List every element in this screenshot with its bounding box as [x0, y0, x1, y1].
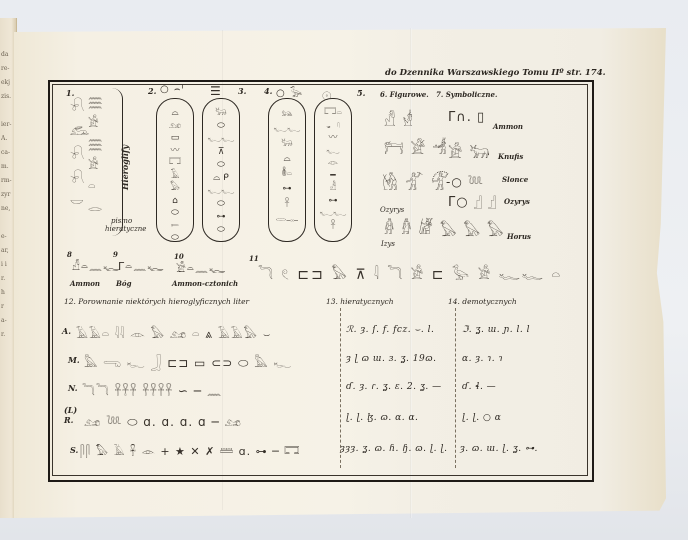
item-10-glyphs: 𓀀𓏏𓈖𓆑 [176, 257, 227, 276]
cartouche-3: 𓃒 ⬭ 𓆑𓆑 ⊼ ⬭ ⌓ ᑭ 𓆑𓆑 ⬭ ⊶ ⬭ [202, 98, 240, 242]
row-m-demotic: ɑ. ȝ. ɿ. ɿ [462, 354, 503, 364]
section-6-label: 6. Figurowe. [380, 90, 429, 99]
cartouche-4: 𓃬 𓆑𓆑 𓃒 ⌓ 𓎬𓏏 ⊶ 𓋹 𓂋𓊃 [268, 98, 306, 242]
cartouche-2-number: 2. [148, 86, 156, 96]
cartouche-3-crown: ☰ [210, 84, 222, 98]
row-r-demotic: ɭ. ɭ. ○ ɑ [462, 413, 501, 423]
row-m-hieroglyphic: 𓅓 𓂸 𓆑 𓃀 ⊏⊐ ▭ ⊂⊃ ⬭ 𓅓 𓆑 [84, 351, 292, 371]
figure-row-5-symbol: 𓅃 𓅃 𓅃 [440, 216, 505, 241]
row-a-hieroglyphic: 𓄿𓄿𓏏 𓇋𓇋 𓁹 𓅃 𓃭 𓏏 ⩓ 𓄿𓄿𓅃 ⌣ [76, 322, 272, 342]
row-m-hieratic: ȝ ɭ ɷ ɯ. ɜ. ʓ. 19ɷ. [346, 354, 436, 364]
cartouche-2: ⌓ 𓃭 ▭ 〰 𓉐 𓄿 𓅃 ⌂ ⬭ 𓍿 ⬭ [156, 98, 194, 242]
row-a-hieratic: ℛ. ȝ. ſ. f. fcz. ⌣. l. [346, 325, 434, 335]
section-6-number: 6. [380, 90, 387, 99]
figure-row-1-symbol: Γ∩. ▯ [448, 110, 485, 125]
figure-row-4-meaning: Ozyrys [504, 197, 530, 206]
figurowe-label: Figurowe. [390, 90, 429, 99]
section-7-number: 7. [436, 90, 443, 99]
cartouche-4-number: 4. [264, 86, 272, 96]
figure-row-5-sublabel: Izys [381, 240, 395, 248]
row-l-r-letter: (L) R. [64, 405, 78, 425]
figure-row-5-glyphs: 𓁆 𓁇 𓁈 [384, 214, 434, 240]
section-14-title: 14. demotycznych [448, 297, 517, 306]
symboliczne-label: Symboliczne. [446, 90, 498, 99]
figure-row-3-symbol: -○ 𓆙 [446, 170, 484, 190]
item-11-glyphs: 𓆓 𓏲 ⊏⊐ 𓅃 ⊼ 𓇋 𓆓 𓀀 ⊏ 𓅭 𓀀 𓆑𓆑 𓏏 [258, 260, 562, 284]
cartouche-3-glyphs: 𓃒 ⬭ 𓆑𓆑 ⊼ ⬭ ⌓ ᑭ 𓆑𓆑 ⬭ ⊶ ⬭ [203, 107, 239, 237]
section-7-label: 7. Symboliczne. [436, 90, 497, 99]
row-n-letter: N. [68, 383, 78, 393]
row-m-letter: M. [68, 355, 80, 365]
figure-row-1-meaning: Ammon [493, 122, 523, 131]
cartouche-5-glyphs: 𓉐𓏏 𓂝 〰 𓆑 𓁹 ━ 𓁚 ⊶ 𓆑𓆑 𓋹 [315, 107, 351, 232]
figure-row-3-glyphs: 𓁃 𓁄 𓁅 [382, 166, 450, 196]
section-1-glyph-column-b: 𓈗 𓀀 𓈗 𓀀 𓏏 𓂋 [88, 92, 103, 218]
row-s-letter: S. [70, 445, 78, 455]
bog-label: Bóg [116, 279, 131, 288]
plate-header-caption: do Dzennika Warszawskiego Tomu IIº str. … [385, 68, 606, 78]
row-r-hieratic: ɭ. ɭ. ɮ. ɷ. ɑ. ɑ. [346, 413, 418, 423]
figure-row-3-meaning: Slonce [502, 175, 528, 184]
row-r-hieroglyphic: 𓃭 𓆙 ⬭ ɑ. ɑ. ɑ. ɑ ─ 𓃭 [84, 410, 242, 430]
row-s-demotic: ȝ. ɷ. ɯ. ɭ. ʓ. ⊶. [460, 444, 538, 454]
ammon-label: Ammon [70, 279, 100, 288]
figure-row-2-glyphs: 𓁀 𓁁 𓁂 [384, 134, 448, 160]
row-a-demotic: ℑ. ʓ. ɯ. ɲ. l. l [462, 325, 530, 335]
column-divider-14 [455, 308, 456, 468]
cartouche-2-crown: ○ ⌢ᑊ [160, 84, 184, 95]
figure-row-1-glyphs: 𓀭 𓁧 [384, 106, 414, 132]
row-a-letter: A. [62, 326, 71, 336]
figure-row-2-symbol: 𓀀 𓃒 [448, 138, 491, 164]
section-12-title: 12. Porownanie niektórych hieroglyficzny… [64, 297, 249, 306]
item-9-glyphs: Γ𓏏𓈖𓆑 [118, 255, 165, 274]
row-n-hieroglyphic: 𓆓𓆓 𓋹𓋹𓋹 𓋹𓋹𓋹𓋹 ∽ ─ 𓈖 [82, 379, 222, 399]
ammon-cztonich-label: Ammon-cztonich [172, 279, 238, 288]
pismo-label: pismo [111, 217, 132, 225]
cartouche-5-number: 5. [357, 88, 365, 98]
row-n-demotic: ɗ. ɬ. — [462, 382, 496, 392]
figure-row-4-sublabel: Ozyrys [380, 206, 404, 214]
section-13-title: 13. hieratycznych [326, 297, 394, 306]
cartouche-4-glyphs: 𓃬 𓆑𓆑 𓃒 ⌓ 𓎬𓏏 ⊶ 𓋹 𓂋𓊃 [269, 107, 305, 227]
cartouche-5: 𓉐𓏏 𓂝 〰 𓆑 𓁹 ━ 𓁚 ⊶ 𓆑𓆑 𓋹 [314, 98, 352, 242]
figure-row-2-meaning: Knufis [498, 152, 523, 161]
left-page-text: da re- ekj zis. ier- A. ca- m. rm- zyr n… [1, 48, 15, 342]
hieratyczne-label: hieratyczne [105, 225, 146, 233]
figure-row-4-symbol: Γ○ 𓊨 𓊨 [448, 190, 497, 211]
cartouche-2-glyphs: ⌓ 𓃭 ▭ 〰 𓉐 𓄿 𓅃 ⌂ ⬭ 𓍿 ⬭ [157, 107, 193, 245]
figure-row-5-meaning: Horus [507, 232, 531, 241]
cartouche-3-number: 3. [238, 86, 246, 96]
row-s-hieroglyphic: 𓋴𓋴 𓅃 𓄿 𓋹 𓁹 + ★ ✕ ✗ 𓏠 ɑ. ⊶ ─ 𓉐 [80, 440, 300, 459]
row-s-hieratic: ȝȝȝ. ʓ. ɷ. ɦ. ɧ. ɷ. ɭ. ɭ. [340, 444, 447, 454]
row-n-hieratic: ɗ. ȝ. ɾ. ʓ. ɛ. 2. ʓ. — [346, 382, 442, 392]
hieroglify-vertical-label: Hieroglify [120, 145, 130, 190]
